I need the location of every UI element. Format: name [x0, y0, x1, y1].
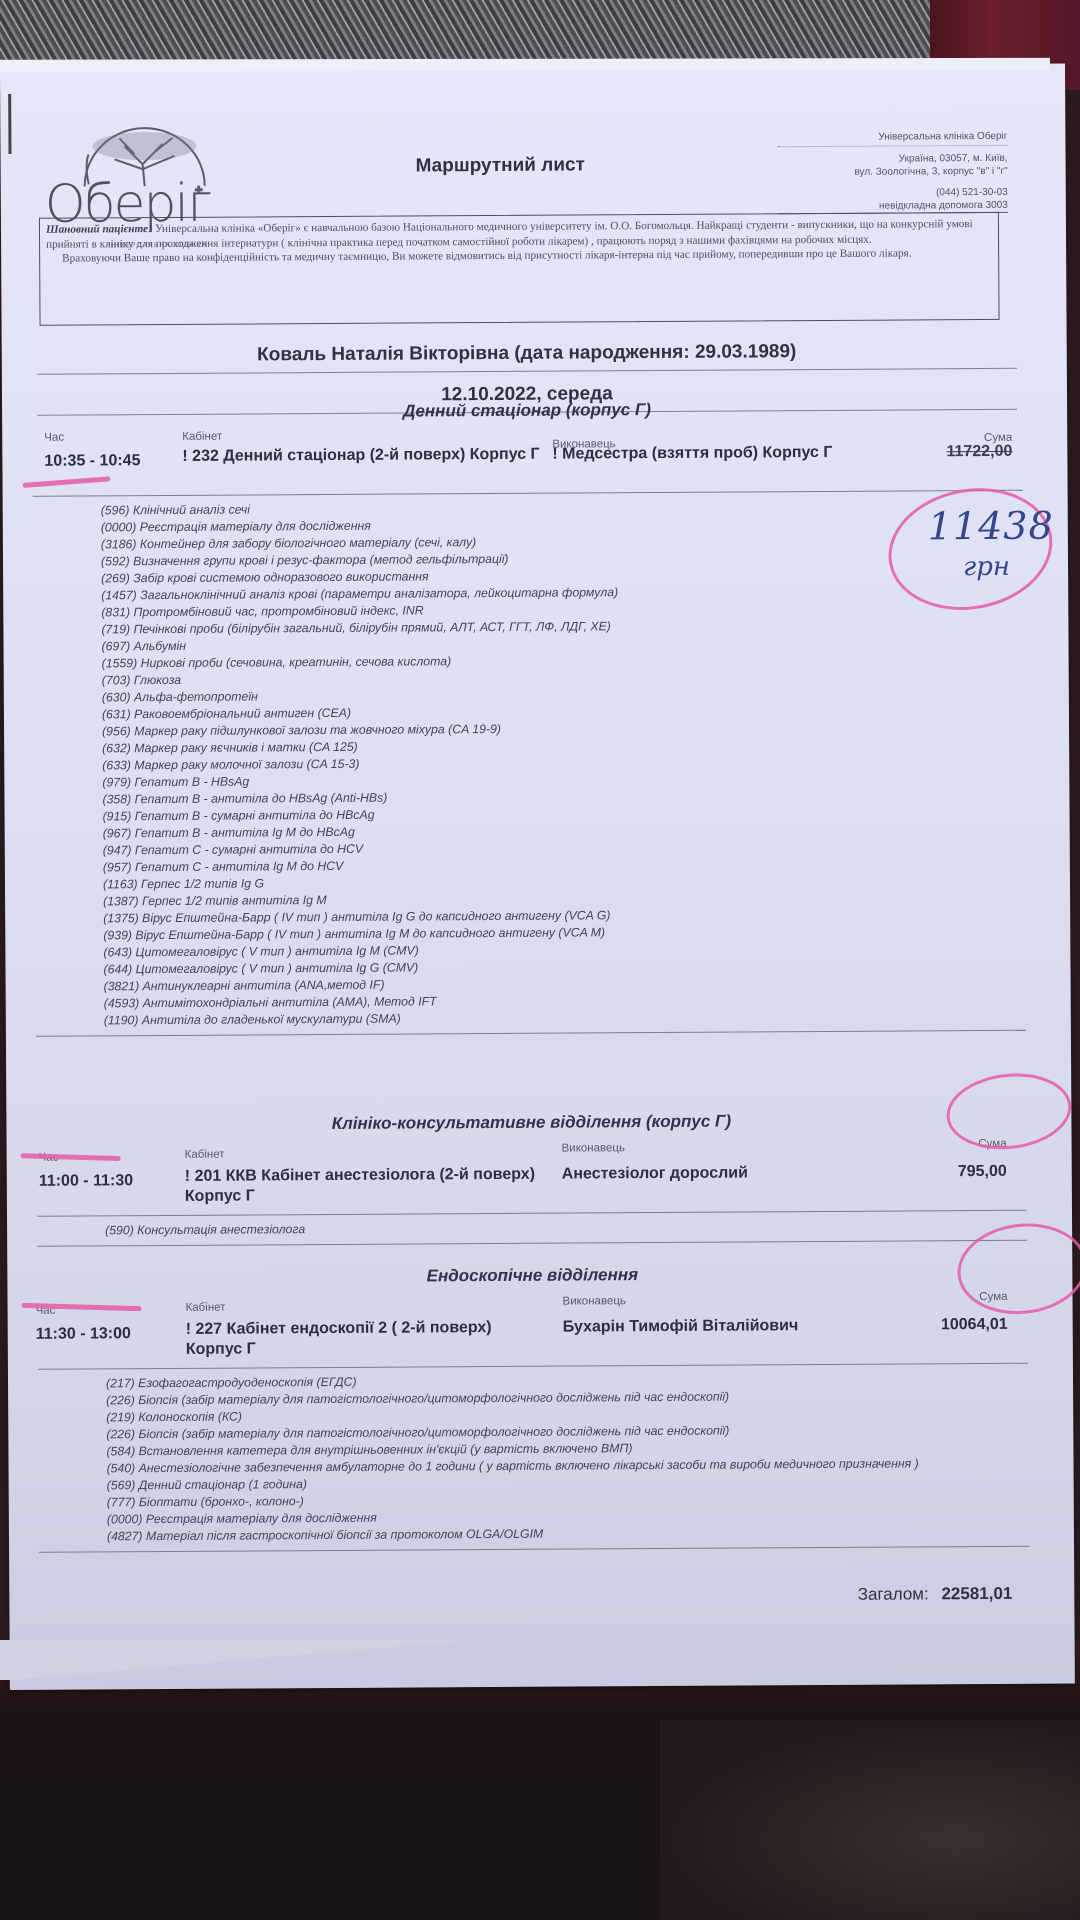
total-value: 22581,01: [941, 1584, 1012, 1603]
appointment-sum: 795,00: [958, 1162, 1007, 1182]
pen-mark: [8, 94, 11, 154]
section-endoscopy: Ендоскопічне відділення Час Кабінет Вико…: [37, 1259, 1029, 1557]
route-sheet-paper: Оберіг УНІВЕРСАЛЬНА КЛІНІКА Маршрутний л…: [0, 63, 1075, 1689]
section-consultation: Клініко-консультативне відділення (корпу…: [36, 1106, 1027, 1251]
appointment-performer: Анестезіолог дорослий: [562, 1163, 892, 1185]
appointment-room: ! 232 Денний стаціонар (2-й поверх) Корп…: [182, 445, 542, 467]
header-room: Кабінет: [186, 1302, 226, 1314]
service-item: (590) Консультація анестезіолога: [105, 1217, 1027, 1240]
section-day-hospital: Денний стаціонар (корпус Г) Час Кабінет …: [32, 394, 1026, 1041]
appointment-row: 11:30 - 13:00 ! 227 Кабінет ендоскопії 2…: [38, 1315, 1028, 1365]
paper-stack-edge: [0, 1640, 1080, 1680]
header-performer: Виконавець: [562, 1295, 625, 1307]
appointment-sum: 10064,01: [941, 1315, 1008, 1335]
header-time: Час: [44, 432, 64, 444]
service-list: (590) Консультація анестезіолога: [37, 1215, 1027, 1242]
patient-notice: Шановний пацієнте! Універсальна клініка …: [39, 212, 1000, 326]
appointment-sum: 11722,00: [946, 442, 1012, 462]
total-block: Загалом: 22581,01: [858, 1584, 1013, 1605]
clinic-info: Універсальна клініка Оберіг Україна, 030…: [777, 130, 1008, 214]
patient-name: Коваль Наталія Вікторівна (дата народжен…: [37, 334, 1017, 375]
appointment-time: 10:35 - 10:45: [44, 451, 140, 472]
document-title: Маршрутний лист: [416, 154, 585, 177]
appointment-room: ! 227 Кабінет ендоскопії 2 ( 2-й поверх)…: [186, 1318, 516, 1360]
notice-salutation: Шановний пацієнте!: [46, 223, 152, 236]
notice-paragraph-1: Універсальна клініка «Оберіг» є навчальн…: [46, 218, 973, 250]
service-list: (217) Езофагогастродуоденоскопія (ЕГДС)(…: [38, 1368, 1029, 1548]
appointment-row: 10:35 - 10:45 ! 232 Денний стаціонар (2-…: [32, 442, 1022, 492]
clinic-name: Універсальна клініка Оберіг: [777, 130, 1007, 144]
total-label: Загалом:: [858, 1584, 929, 1603]
divider: [777, 145, 1007, 147]
header-room: Кабінет: [182, 431, 222, 443]
header-room: Кабінет: [185, 1149, 225, 1161]
appointment-time: 11:30 - 13:00: [36, 1324, 131, 1345]
handwritten-amount: 11438: [928, 504, 1054, 549]
appointment-time: 11:00 - 11:30: [39, 1171, 133, 1192]
appointment-room: ! 201 ККВ Кабінет анестезіолога (2-й пов…: [185, 1165, 545, 1207]
service-list: (596) Клінічний аналіз сечі(0000) Реєстр…: [33, 495, 1026, 1032]
clinic-address-line2: вул. Зоологічна, 3, корпус "в" і "г": [778, 165, 1008, 179]
header-performer: Виконавець: [562, 1142, 625, 1154]
appointment-performer: Бухарін Тимофій Віталійович: [563, 1316, 893, 1338]
appointment-row: 11:00 - 11:30 ! 201 ККВ Кабінет анестезі…: [37, 1162, 1027, 1212]
handwritten-currency: грн: [963, 552, 1010, 582]
appointment-performer: ! Медсестра (взяття проб) Корпус Г: [552, 443, 882, 465]
